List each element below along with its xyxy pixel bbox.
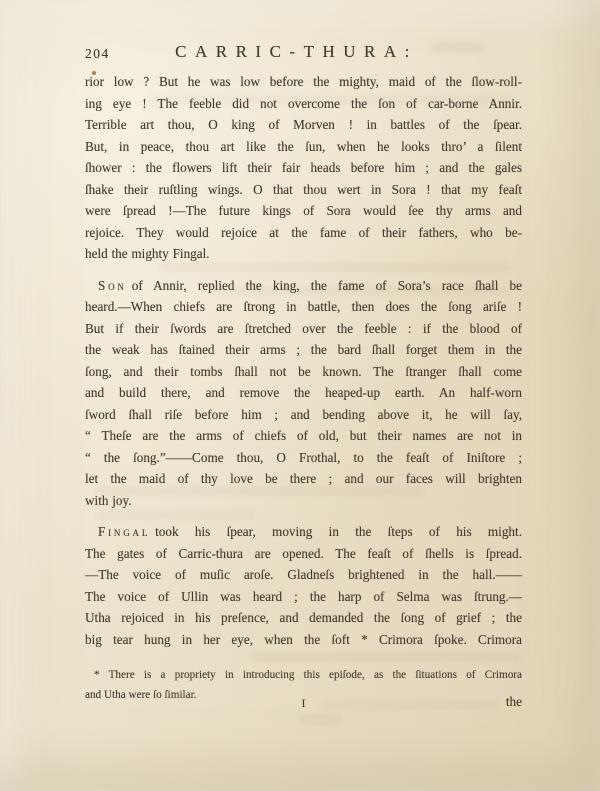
signature-mark: I [85,696,522,711]
footnote-line: * There is a propriety in introducing th… [85,665,522,685]
text-line: with joy. [85,490,522,512]
running-title: CARRIC-THURA: [71,42,522,62]
text-line: heard.—When chiefs are ſtrong in battle,… [85,296,522,318]
text-line: Fingaltook his ſpear, moving in the ſtep… [85,521,522,543]
signature-row: I the [85,696,522,714]
text-line-rest: of Annir, replied the king, the fame of … [132,278,522,293]
text-block: rior low ? But he was low before the mig… [85,71,522,705]
text-line: ſong, and their tombs ſhall not be known… [85,361,522,383]
text-line: The gates of Carric-thura are opened. Th… [85,543,522,565]
paragraph: Sonof Annir, replied the king, the fame … [85,275,522,512]
page-header: 204 CARRIC-THURA: [85,42,522,62]
paragraph-lead: Fingal [98,524,150,539]
text-line: ing eye ! The feeble did not overcome th… [85,93,522,115]
text-line: big tear hung in her eye, when the ſoft … [85,629,522,651]
show-through-smudge [298,714,343,726]
book-page: 204 CARRIC-THURA: rior low ? But he was … [0,0,600,791]
text-line: and build there, and remove the heaped-u… [85,382,522,404]
page-number: 204 [85,46,110,62]
text-line: But, in peace, thou art like the ſun, wh… [85,136,522,158]
paragraph: Fingaltook his ſpear, moving in the ſtep… [85,521,522,650]
text-line: the weak has ſtained their arms ; the ba… [85,339,522,361]
text-line: were ſpread !—The future kings of Sora w… [85,200,522,222]
text-line: But if their ſwords are ſtretched over t… [85,318,522,340]
paragraph: rior low ? But he was low before the mig… [85,71,522,265]
text-line: held the mighty Fingal. [85,243,522,265]
text-line: ſhake their ruſtling wings. O that thou … [85,179,522,201]
text-line: ſword ſhall riſe before him ; and bendin… [85,404,522,426]
text-line: —The voice of muſic aroſe. Gladneſs brig… [85,564,522,586]
text-line: The voice of Ullin was heard ; the harp … [85,586,522,608]
text-line: ſhower : the flowers lift their fair hea… [85,157,522,179]
paragraph-lead: Son [98,278,127,293]
text-line: Terrible art thou, O king of Morven ! in… [85,114,522,136]
text-line: “ the ſong.”——Come thou, O Frothal, to t… [85,447,522,469]
text-line: “ Theſe are the arms of chiefs of old, b… [85,425,522,447]
text-line: Utha rejoiced in his preſence, and deman… [85,607,522,629]
text-line: Sonof Annir, replied the king, the fame … [85,275,522,297]
text-line: let the maid of thy love be there ; and … [85,468,522,490]
text-line: rejoice. They would rejoice at the fame … [85,222,522,244]
text-line-rest: took his ſpear, moving in the ſteps of h… [155,524,522,539]
catchword: the [506,694,522,710]
text-line: rior low ? But he was low before the mig… [85,71,522,93]
